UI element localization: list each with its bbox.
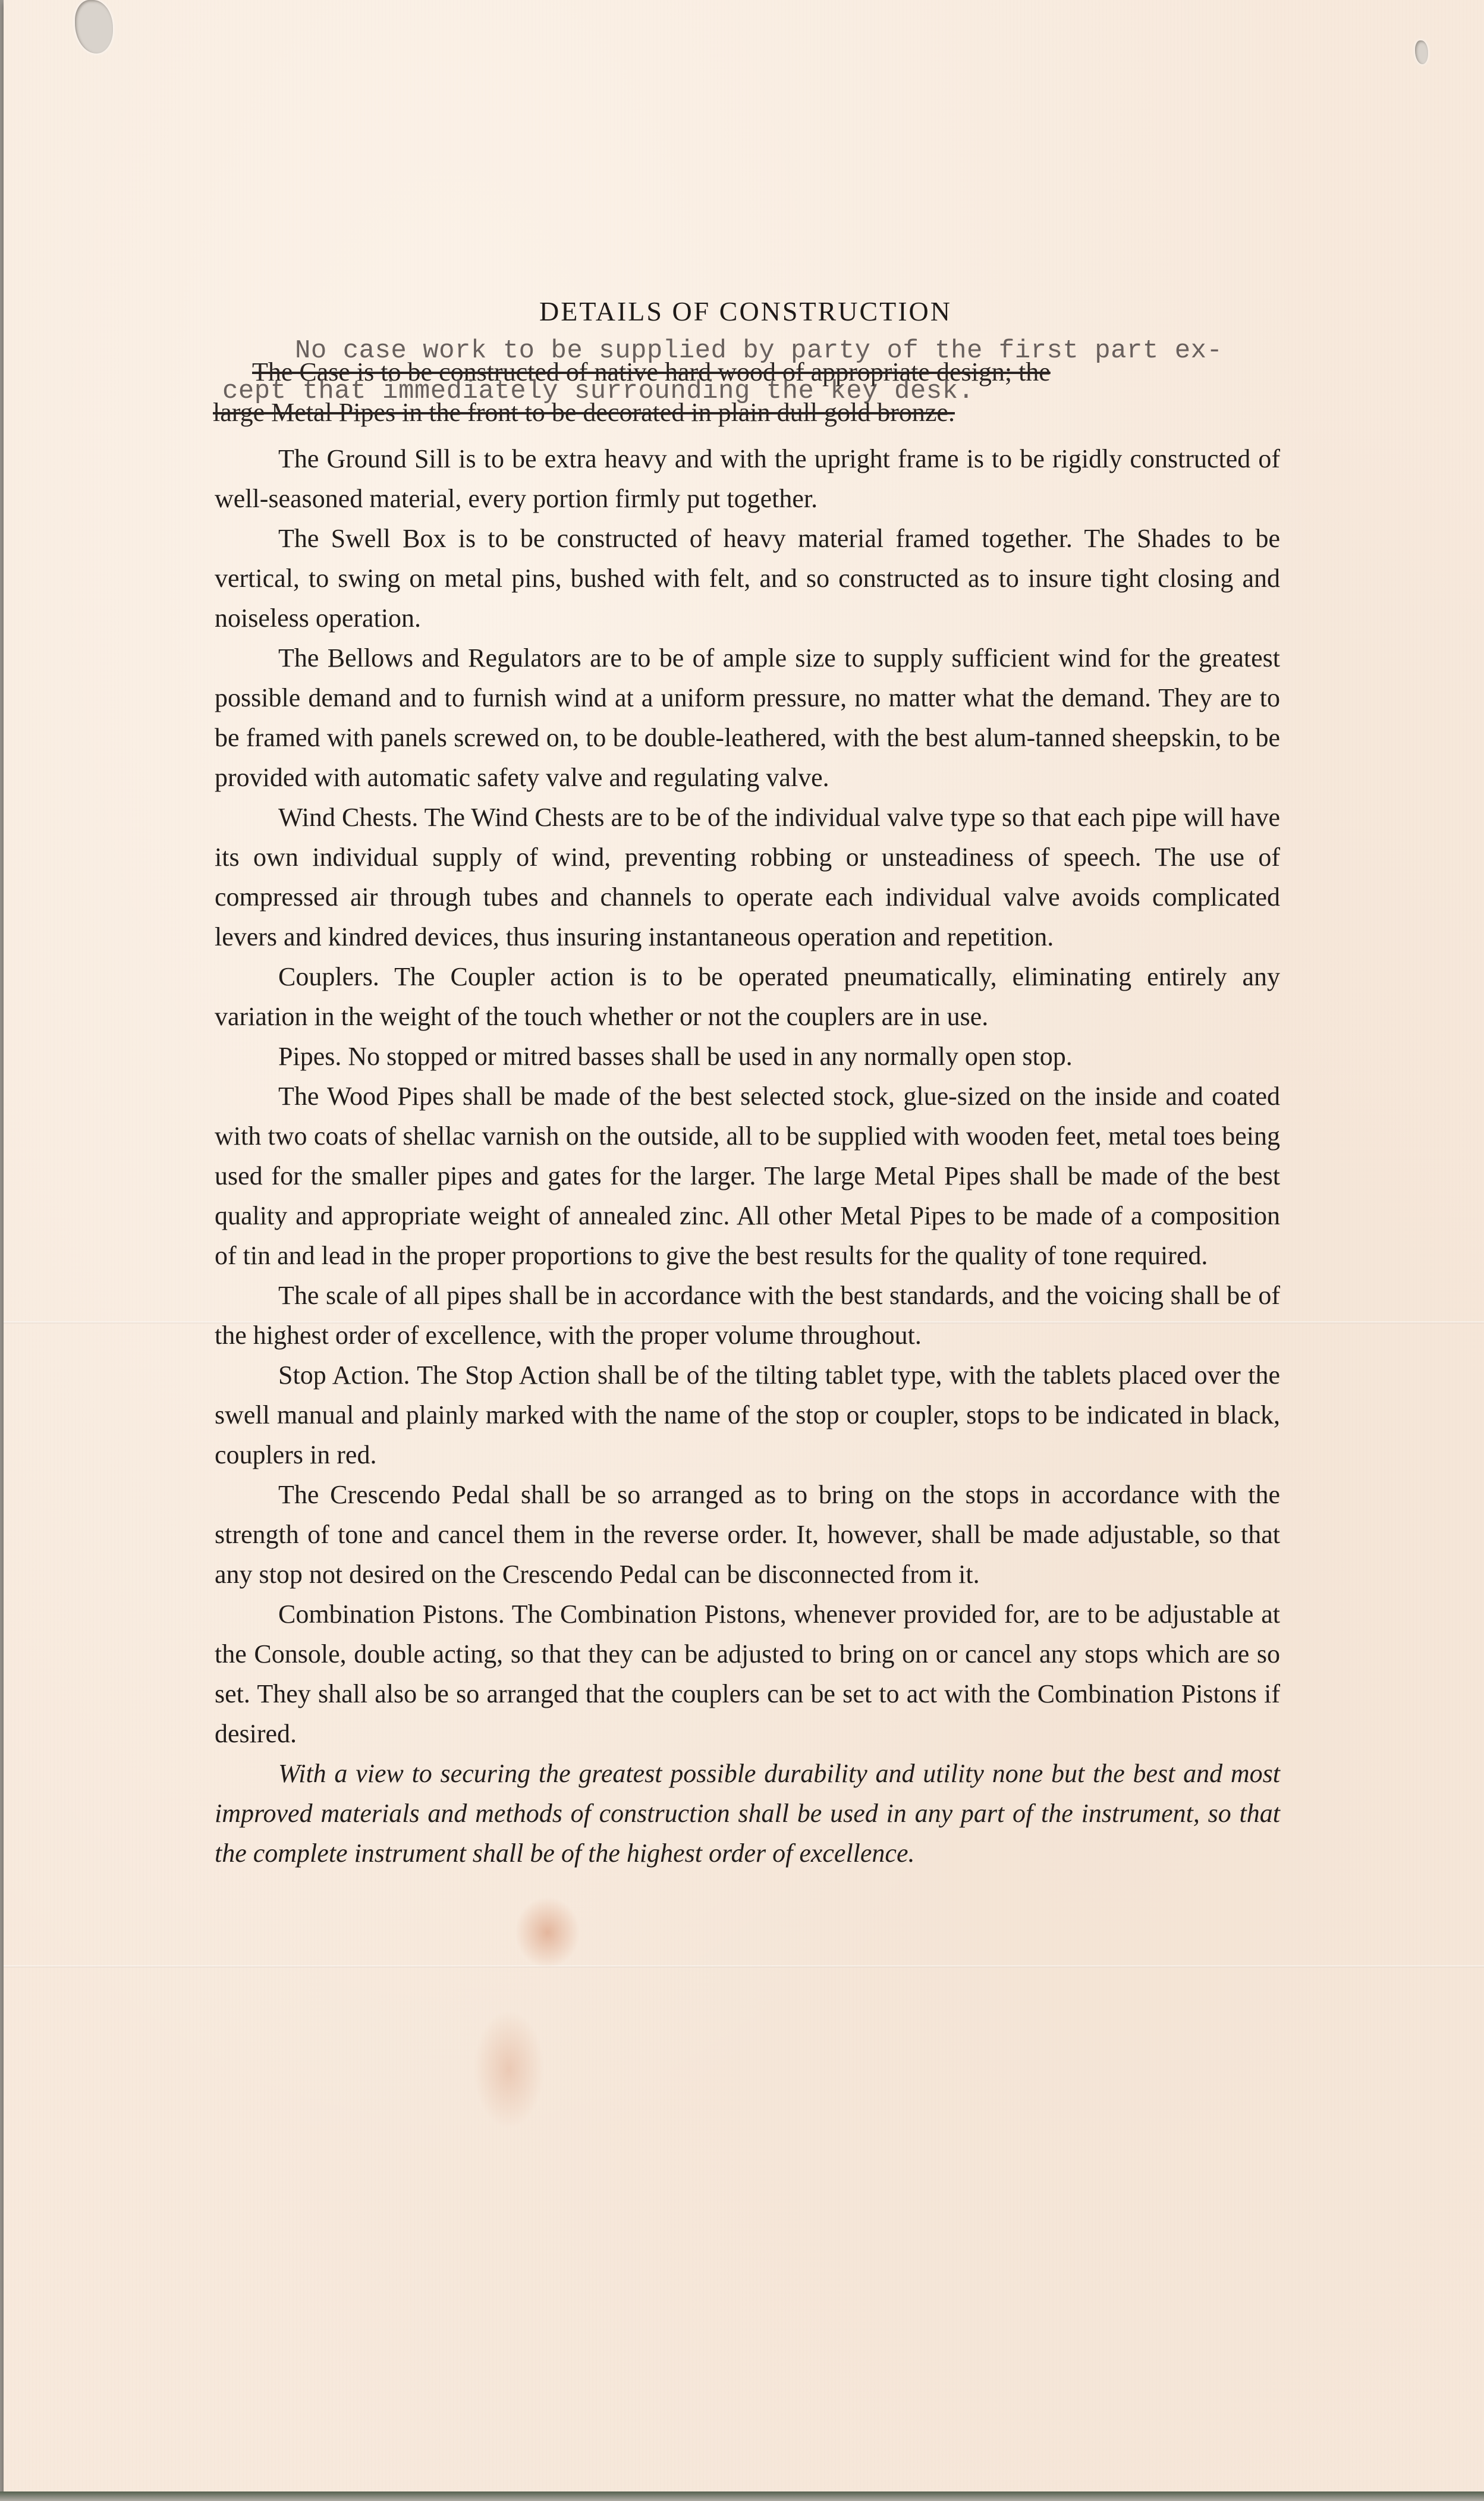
paragraph-ground-sill: The Ground Sill is to be extra heavy and… [215,439,1280,519]
paragraph-pipes: Pipes. No stopped or mitred basses shall… [215,1036,1280,1076]
paper-fold-crease [4,1965,1484,1968]
paragraph-wind-chests: Wind Chests. The Wind Chests are to be o… [215,797,1280,957]
paragraph-crescendo-pedal: The Crescendo Pedal shall be so arranged… [215,1475,1280,1594]
struck-text-line-2: large Metal Pipes in the front to be dec… [213,397,955,428]
page-bottom-edge-shadow [0,2491,1484,2501]
paragraph-bellows: The Bellows and Regulators are to be of … [215,638,1280,797]
document-title: DETAILS OF CONSTRUCTION [4,296,1484,327]
paragraph-combination-pistons: Combination Pistons. The Combination Pis… [215,1594,1280,1754]
paragraph-couplers: Couplers. The Coupler action is to be op… [215,957,1280,1036]
torn-hole-top-left [75,0,113,54]
document-page: DETAILS OF CONSTRUCTION No case work to … [4,0,1484,2491]
rust-stain [515,1897,580,1968]
paragraph-swell-box: The Swell Box is to be constructed of he… [215,519,1280,638]
punched-hole-top-right [1415,40,1428,64]
paragraph-closing-statement: With a view to securing the greatest pos… [215,1754,1280,1873]
document-body: The Ground Sill is to be extra heavy and… [215,439,1280,1873]
rust-stain [473,2010,545,2129]
paragraph-stop-action: Stop Action. The Stop Action shall be of… [215,1355,1280,1475]
paragraph-wood-pipes: The Wood Pipes shall be made of the best… [215,1076,1280,1275]
paragraph-pipe-scale: The scale of all pipes shall be in accor… [215,1275,1280,1355]
